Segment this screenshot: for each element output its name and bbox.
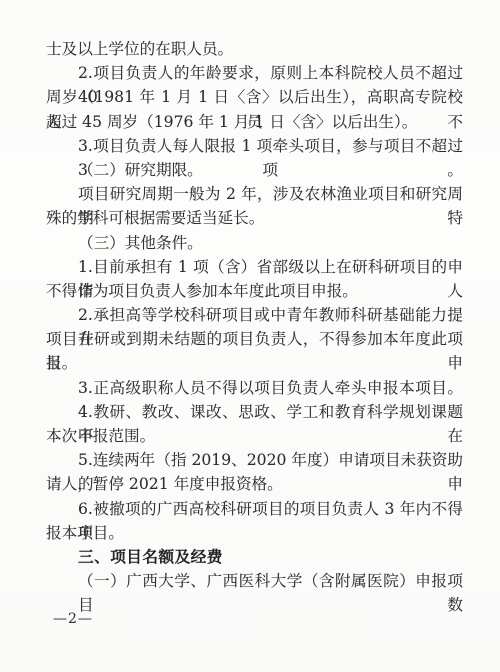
text-line: 6.被撤项的广西高校科研项目的项目负责人 3 年内不得申 (46, 497, 463, 521)
text-line: （一）广西大学、广西医科大学（含附属医院）申报项目数 (46, 569, 463, 593)
text-line: 5.连续两年（指 2019、2020 年度）申请项目未获资助的申 (46, 448, 463, 472)
text-line: 项目在研或到期未结题的项目负责人，不得参加本年度此项目申 (46, 327, 463, 351)
section-heading: 三、项目名额及经费 (46, 545, 463, 569)
text-line: 4.教研、教改、课改、思政、学工和教育科学规划课题不在 (46, 400, 463, 424)
text-line: 士及以上学位的在职人员。 (46, 37, 463, 61)
text-line: （三）其他条件。 (46, 231, 463, 255)
text-line: 周岁（1981 年 1 月 1 日〈含〉以后出生），高职高专院校人员不 (46, 85, 463, 109)
text-line: 报本项目。 (46, 521, 463, 545)
text-line: 3.项目负责人每人限报 1 项牵头项目，参与项目不超过 3 项。 (46, 134, 463, 158)
text-line: 1.目前承担有 1 项（含）省部级以上在研科研项目的申请人 (46, 255, 463, 279)
text-line: 2.承担高等学校科研项目或中青年教师科研基础能力提升 (46, 303, 463, 327)
text-line: 2.项目负责人的年龄要求，原则上本科院校人员不超过 40 (46, 61, 463, 85)
text-line: 3.正高级职称人员不得以项目负责人牵头申报本项目。 (46, 376, 463, 400)
text-line: 项目研究周期一般为 2 年，涉及农林渔业项目和研究周期特 (46, 182, 463, 206)
document-page: 士及以上学位的在职人员。2.项目负责人的年龄要求，原则上本科院校人员不超过 40… (0, 0, 500, 672)
document-body: 士及以上学位的在职人员。2.项目负责人的年龄要求，原则上本科院校人员不超过 40… (46, 37, 463, 593)
text-line: 超过 45 周岁（1976 年 1 月 1 日〈含〉以后出生）。 (46, 110, 463, 134)
page-number: —2— (53, 611, 93, 627)
